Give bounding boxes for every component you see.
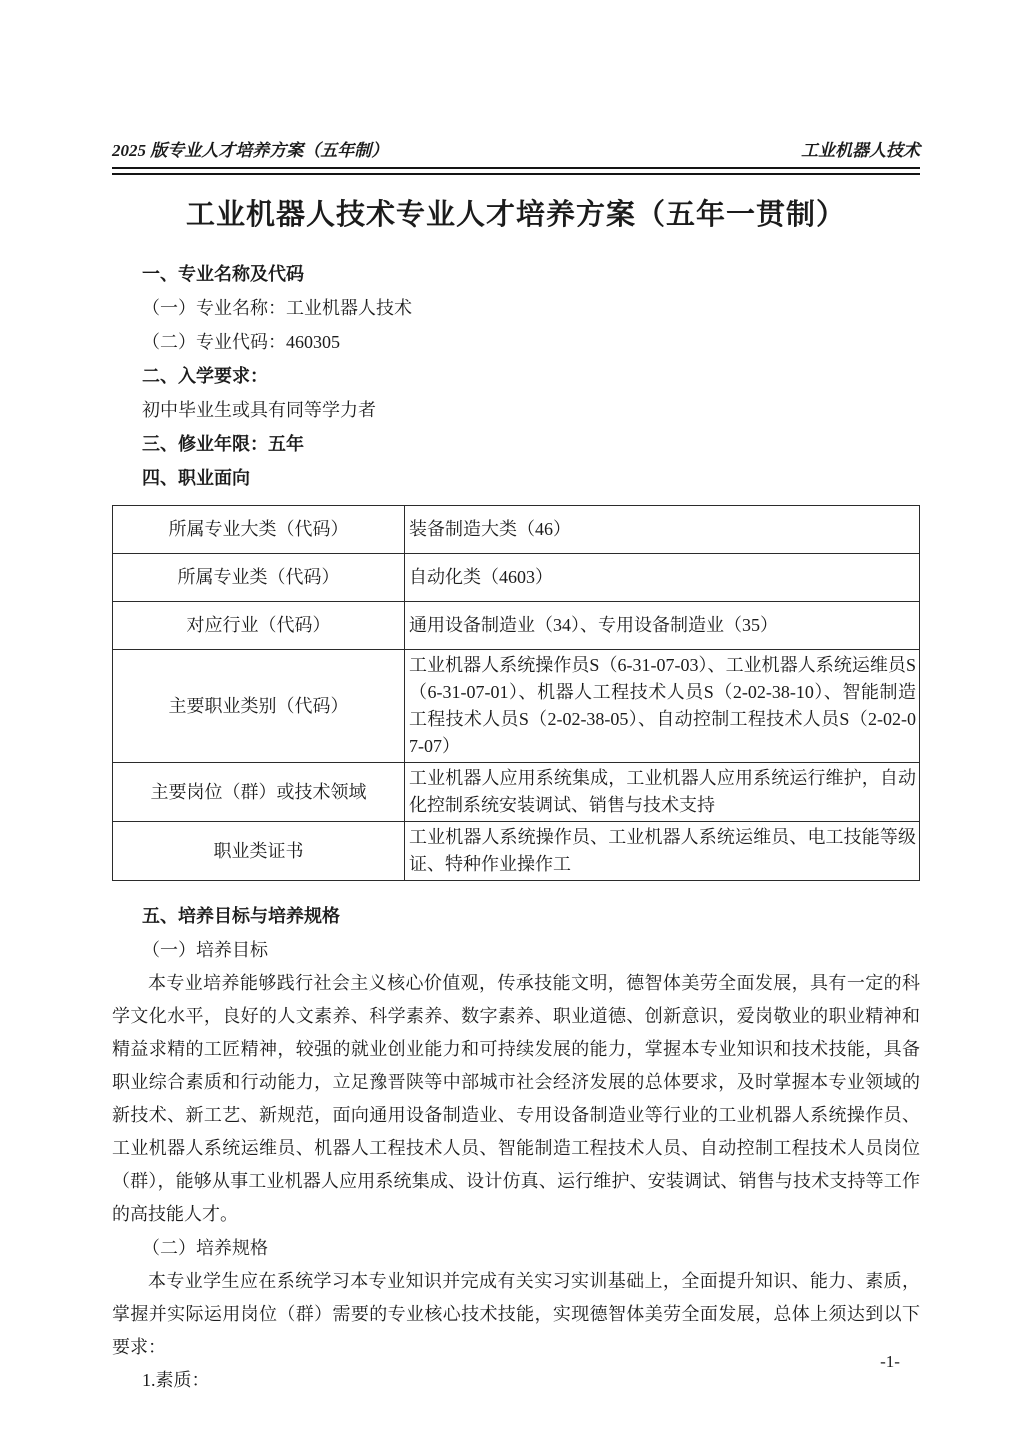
section3-heading: 三、修业年限：五年: [112, 427, 920, 461]
training-spec-paragraph: 本专业学生应在系统学习本专业知识并完成有关实习实训基础上，全面提升知识、能力、素…: [112, 1265, 920, 1364]
header-right-text: 工业机器人技术: [801, 140, 920, 162]
training-goal-paragraph: 本专业培养能够践行社会主义核心价值观，传承技能文明，德智体美劳全面发展，具有一定…: [112, 967, 920, 1231]
row-label: 所属专业类（代码）: [113, 554, 405, 602]
admission-requirement-line: 初中毕业生或具有同等学力者: [112, 393, 920, 427]
row-value: 工业机器人应用系统集成，工业机器人应用系统运行维护，自动化控制系统安装调试、销售…: [405, 763, 920, 822]
row-value: 装备制造大类（46）: [405, 506, 920, 554]
row-value: 自动化类（4603）: [405, 554, 920, 602]
section4-heading: 四、职业面向: [112, 461, 920, 495]
row-value: 工业机器人系统操作员S（6-31-07-03）、工业机器人系统运维员S（6-31…: [405, 650, 920, 763]
page-number: -1-: [862, 1350, 918, 1374]
quality-item-label: 1.素质：: [112, 1364, 920, 1397]
table-row: 所属专业大类（代码） 装备制造大类（46）: [113, 506, 920, 554]
page-content: 2025 版专业人才培养方案（五年制） 工业机器人技术 工业机器人技术专业人才培…: [112, 0, 920, 1397]
header-left-text: 2025 版专业人才培养方案（五年制）: [112, 140, 388, 162]
front-matter: 一、专业名称及代码 （一）专业名称：工业机器人技术 （二）专业代码：460305…: [112, 257, 920, 495]
table-row: 职业类证书 工业机器人系统操作员、工业机器人系统运维员、电工技能等级证、特种作业…: [113, 822, 920, 881]
table-row: 所属专业类（代码） 自动化类（4603）: [113, 554, 920, 602]
section2-heading: 二、入学要求：: [112, 359, 920, 393]
row-label: 职业类证书: [113, 822, 405, 881]
section5-heading: 五、培养目标与培养规格: [112, 899, 920, 933]
document-page: 2025 版专业人才培养方案（五年制） 工业机器人技术 工业机器人技术专业人才培…: [0, 0, 1024, 1448]
header-divider-rule: [112, 167, 920, 175]
table-row: 对应行业（代码） 通用设备制造业（34）、专用设备制造业（35）: [113, 602, 920, 650]
document-title: 工业机器人技术专业人才培养方案（五年一贯制）: [112, 195, 920, 235]
running-header: 2025 版专业人才培养方案（五年制） 工业机器人技术: [112, 140, 920, 162]
training-goal-subheading: （一）培养目标: [112, 933, 920, 967]
table-row: 主要职业类别（代码） 工业机器人系统操作员S（6-31-07-03）、工业机器人…: [113, 650, 920, 763]
row-label: 对应行业（代码）: [113, 602, 405, 650]
table-row: 主要岗位（群）或技术领域 工业机器人应用系统集成，工业机器人应用系统运行维护，自…: [113, 763, 920, 822]
major-name-line: （一）专业名称：工业机器人技术: [112, 291, 920, 325]
row-value: 通用设备制造业（34）、专用设备制造业（35）: [405, 602, 920, 650]
career-orientation-table: 所属专业大类（代码） 装备制造大类（46） 所属专业类（代码） 自动化类（460…: [112, 505, 920, 881]
row-label: 主要岗位（群）或技术领域: [113, 763, 405, 822]
section1-heading: 一、专业名称及代码: [112, 257, 920, 291]
row-label: 所属专业大类（代码）: [113, 506, 405, 554]
row-value: 工业机器人系统操作员、工业机器人系统运维员、电工技能等级证、特种作业操作工: [405, 822, 920, 881]
major-code-line: （二）专业代码：460305: [112, 325, 920, 359]
training-spec-subheading: （二）培养规格: [112, 1231, 920, 1265]
row-label: 主要职业类别（代码）: [113, 650, 405, 763]
